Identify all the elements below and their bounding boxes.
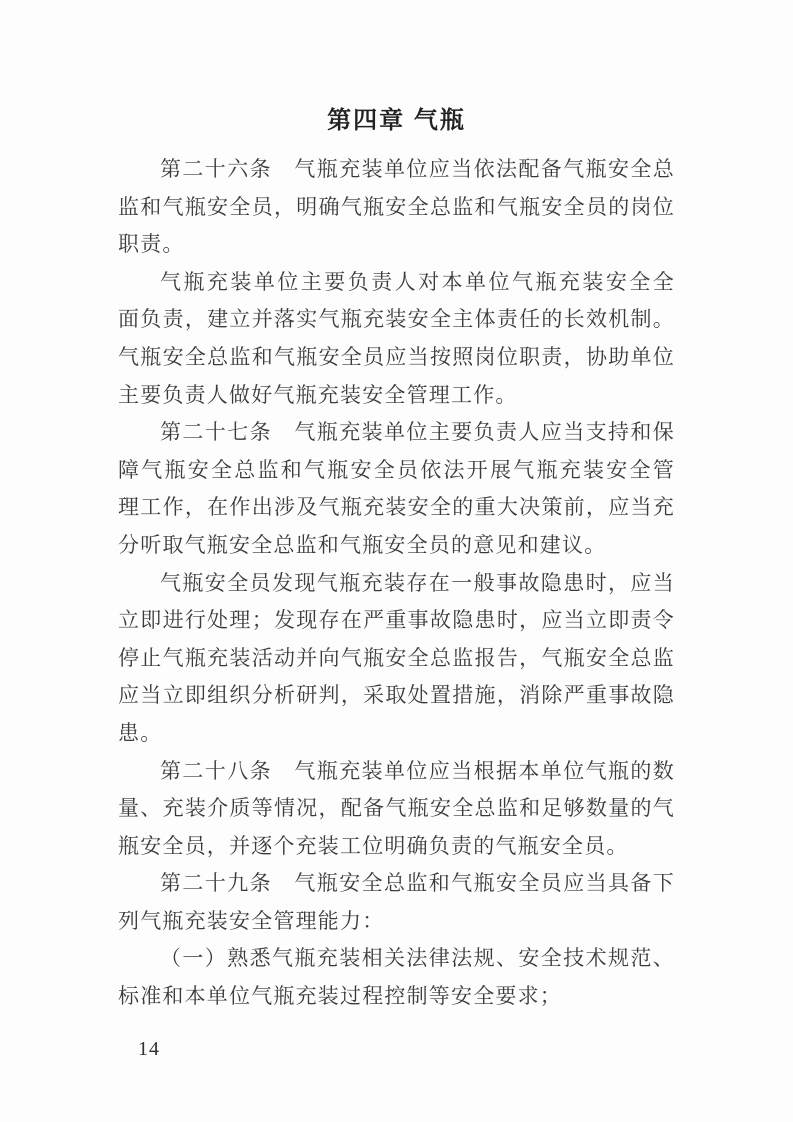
text-line: 瓶安全员，并逐个充装工位明确负责的气瓶安全员。 <box>118 828 675 866</box>
text-line: 第二十六条 气瓶充装单位应当依法配备气瓶安全总 <box>118 151 675 189</box>
text-line: 立即进行处理；发现存在严重事故隐患时，应当立即责令 <box>118 602 675 640</box>
text-line: 列气瓶充装安全管理能力： <box>118 903 675 941</box>
text-line: 应当立即组织分析研判，采取处置措施，消除严重事故隐 <box>118 677 675 715</box>
text-line: 标准和本单位气瓶充装过程控制等安全要求； <box>118 978 675 1016</box>
text-line: 主要负责人做好气瓶充装安全管理工作。 <box>118 377 675 415</box>
chapter-title: 第四章 气瓶 <box>118 100 675 135</box>
text-line: 气瓶安全员发现气瓶充装存在一般事故隐患时，应当 <box>118 565 675 603</box>
document-page: 第四章 气瓶 第二十六条 气瓶充装单位应当依法配备气瓶安全总监和气瓶安全员，明确… <box>0 0 793 1122</box>
text-line: 分听取气瓶安全总监和气瓶安全员的意见和建议。 <box>118 527 675 565</box>
text-line: （一）熟悉气瓶充装相关法律法规、安全技术规范、 <box>118 940 675 978</box>
document-body: 第二十六条 气瓶充装单位应当依法配备气瓶安全总监和气瓶安全员，明确气瓶安全总监和… <box>118 151 675 1016</box>
text-line: 停止气瓶充装活动并向气瓶安全总监报告，气瓶安全总监 <box>118 640 675 678</box>
page-number: 14 <box>138 1038 160 1061</box>
text-line: 职责。 <box>118 226 675 264</box>
text-line: 理工作，在作出涉及气瓶充装安全的重大决策前，应当充 <box>118 489 675 527</box>
text-line: 第二十九条 气瓶安全总监和气瓶安全员应当具备下 <box>118 865 675 903</box>
text-line: 监和气瓶安全员，明确气瓶安全总监和气瓶安全员的岗位 <box>118 189 675 227</box>
text-line: 第二十八条 气瓶充装单位应当根据本单位气瓶的数 <box>118 753 675 791</box>
text-line: 面负责，建立并落实气瓶充装安全主体责任的长效机制。 <box>118 301 675 339</box>
text-line: 气瓶充装单位主要负责人对本单位气瓶充装安全全 <box>118 264 675 302</box>
text-line: 气瓶安全总监和气瓶安全员应当按照岗位职责，协助单位 <box>118 339 675 377</box>
text-line: 障气瓶安全总监和气瓶安全员依法开展气瓶充装安全管 <box>118 452 675 490</box>
text-line: 第二十七条 气瓶充装单位主要负责人应当支持和保 <box>118 414 675 452</box>
text-line: 量、充装介质等情况，配备气瓶安全总监和足够数量的气 <box>118 790 675 828</box>
text-line: 患。 <box>118 715 675 753</box>
